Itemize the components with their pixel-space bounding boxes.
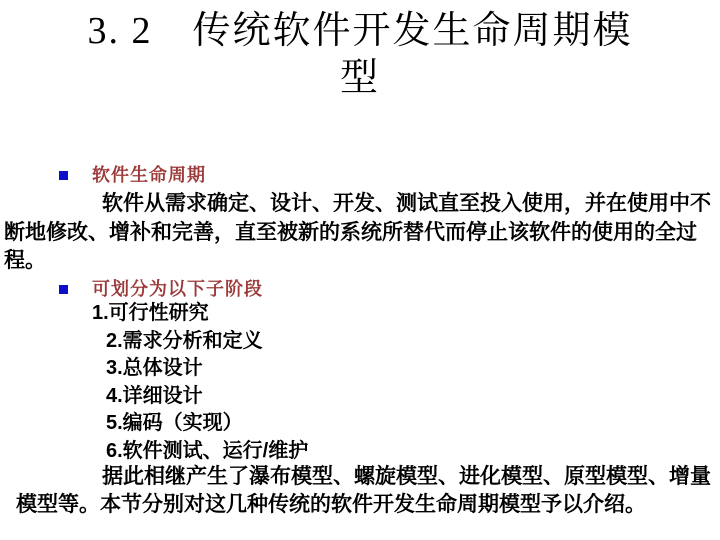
square-bullet-icon	[59, 171, 68, 180]
stage-item-overall-design: 3.总体设计	[92, 355, 308, 383]
stage-item-coding: 5.编码（实现）	[92, 410, 308, 438]
section-software-lifecycle-header: 软件生命周期	[59, 163, 206, 185]
section-stages-label: 可划分为以下子阶段	[92, 275, 263, 301]
square-bullet-icon	[59, 285, 68, 294]
lifecycle-definition-paragraph: 软件从需求确定、设计、开发、测试直至投入使用，并在使用中不断地修改、增补和完善，…	[4, 190, 717, 276]
slide: 3. 2 传统软件开发生命周期模 型 软件生命周期 软件从需求确定、设计、开发、…	[0, 0, 720, 540]
section-stages-header: 可划分为以下子阶段	[59, 277, 263, 299]
page-title-line-1: 3. 2 传统软件开发生命周期模	[0, 8, 720, 55]
stage-item-testing-maintenance: 6.软件测试、运行/维护	[92, 438, 308, 466]
section-software-lifecycle-label: 软件生命周期	[92, 161, 206, 187]
page-title: 3. 2 传统软件开发生命周期模 型	[0, 8, 720, 102]
stage-item-requirements-analysis: 2.需求分析和定义	[92, 328, 308, 356]
page-title-line-2: 型	[0, 55, 720, 102]
stage-item-feasibility-study: 1.可行性研究	[92, 300, 308, 328]
stage-list: 1.可行性研究 2.需求分析和定义 3.总体设计 4.详细设计 5.编码（实现）…	[92, 300, 308, 466]
closing-paragraph: 据此相继产生了瀑布模型、螺旋模型、进化模型、原型模型、增量模型等。本节分别对这几…	[16, 463, 716, 519]
stage-item-detailed-design: 4.详细设计	[92, 383, 308, 411]
